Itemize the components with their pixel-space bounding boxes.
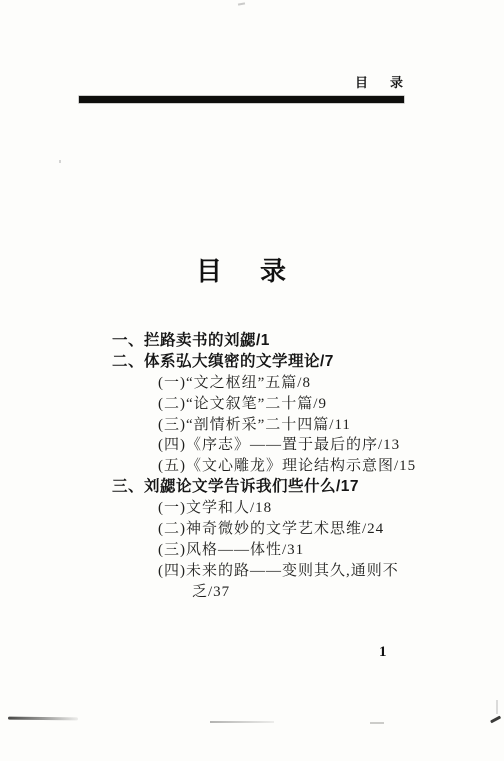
scan-artifact-tick <box>490 716 501 723</box>
toc-line: (四)《序志》——置于最后的序/13 <box>112 435 417 456</box>
page-title: 目 录 <box>0 251 482 288</box>
header-rule <box>79 96 404 103</box>
page-title-char-right: 录 <box>260 251 286 288</box>
toc-line: (四)未来的路——变则其久,通则不 <box>112 561 417 582</box>
book-page: 目 录 目 录 一、拦路卖书的刘勰/1 二、体系弘大缜密的文学理论/7 (一)“… <box>0 0 504 761</box>
running-header-char-left: 目 <box>355 72 368 91</box>
toc-line: (二)神奇微妙的文学艺术思维/24 <box>112 519 417 540</box>
toc-line: (三)“剖情析采”二十四篇/11 <box>112 415 417 436</box>
toc-line: (三)风格——体性/31 <box>112 540 417 561</box>
running-header-char-right: 录 <box>390 72 403 91</box>
toc-line: 一、拦路卖书的刘勰/1 <box>112 331 417 352</box>
running-header: 目 录 <box>355 72 403 91</box>
toc-line-continuation: 乏/37 <box>112 582 417 603</box>
page-title-char-left: 目 <box>196 251 222 288</box>
scan-artifact-speck <box>496 700 498 714</box>
toc-line: (一)“文之枢纽”五篇/8 <box>112 373 417 394</box>
page-number: 1 <box>379 644 387 661</box>
toc-line: (一)文学和人/18 <box>112 498 417 519</box>
toc-line: 三、刘勰论文学告诉我们些什么/17 <box>112 477 417 498</box>
scan-artifact-rule-segment <box>370 722 384 724</box>
scan-artifact-rule-segment <box>8 717 78 721</box>
toc-line: 二、体系弘大缜密的文学理论/7 <box>112 352 417 373</box>
table-of-contents: 一、拦路卖书的刘勰/1 二、体系弘大缜密的文学理论/7 (一)“文之枢纽”五篇/… <box>112 331 417 603</box>
toc-line: (五)《文心雕龙》理论结构示意图/15 <box>112 456 417 477</box>
toc-line: (二)“论文叙笔”二十篇/9 <box>112 394 417 415</box>
scan-artifact-speck <box>238 2 245 5</box>
scan-artifact-speck <box>59 160 61 163</box>
scan-artifact-rule-segment <box>210 721 274 723</box>
